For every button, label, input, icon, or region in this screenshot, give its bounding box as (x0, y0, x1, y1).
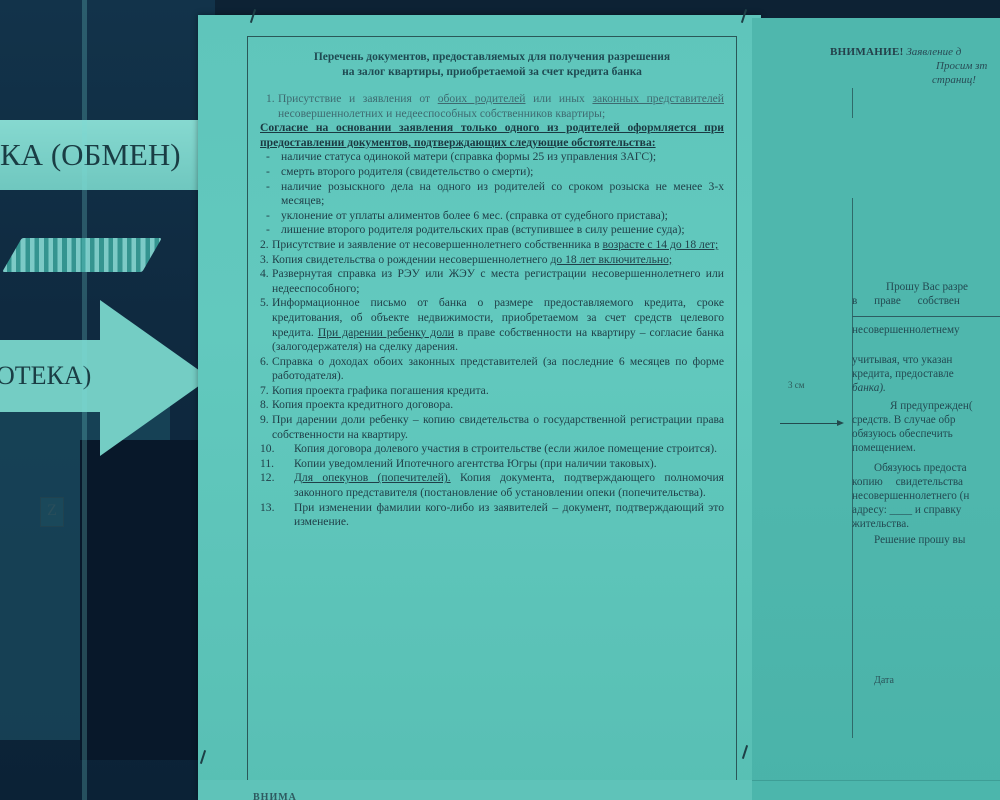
pin-icon (741, 9, 747, 23)
item-text: Копия свидетельства о рождении несоверше… (272, 253, 724, 268)
item-text: Для опекунов (попечителей). Копия докуме… (294, 471, 724, 500)
bullet-icon: - (266, 150, 281, 165)
bullet-item: -уклонение от уплаты алиментов более 6 м… (260, 209, 724, 224)
text-line: Прошу Вас разре (852, 280, 1000, 294)
text-line: учитывая, что указан (852, 353, 1000, 367)
list-item-3: 3. Копия свидетельства о рождении несове… (260, 253, 724, 268)
item-number: 9. (260, 413, 272, 442)
bullet-item: -наличие статуса одинокой матери (справк… (260, 150, 724, 165)
item-number: 2. (260, 238, 272, 253)
direction-arrow-sign: ОТЕКА) (0, 300, 215, 455)
bullet-text: лишение второго родителя родительских пр… (281, 223, 724, 238)
list-item-10: 10. Копия договора долевого участия в ст… (260, 442, 724, 457)
bullet-item: -лишение второго родителя родительских п… (260, 223, 724, 238)
underlined-phrase: возрасте с 14 до 18 лет; (602, 238, 718, 251)
underlined-phrase: обоих родителей (438, 92, 526, 105)
underlined-phrase: законных представителей (592, 92, 724, 105)
pin-icon (250, 9, 256, 23)
text-line: кредита, предоставле (852, 367, 1000, 381)
item-text: При дарении доли ребенку – копию свидете… (272, 413, 724, 442)
wall-sticker: Z (40, 497, 64, 527)
text-line: в праве собствен (852, 294, 1000, 308)
list-item-12: 12. Для опекунов (попечителей). Копия до… (260, 471, 724, 500)
arrow-sign-body: ОТЕКА) (0, 340, 115, 412)
bullet-icon: - (266, 209, 281, 224)
list-item-1: 1. Присутствие и заявления от обоих роди… (260, 92, 724, 121)
document-frame: Перечень документов, предоставляемых для… (247, 36, 737, 781)
dark-doorway (80, 440, 210, 760)
date-label: Дата (874, 675, 894, 686)
text-line: несовершеннолетнего (н (852, 489, 1000, 503)
text-line: средств. В случае обр (852, 413, 1000, 427)
text-line: копию свидетельства (852, 475, 1000, 489)
item-number: 13. (260, 501, 294, 530)
arrow-sign-text: ОТЕКА) (0, 361, 91, 390)
attention-note: Просим зт (936, 60, 987, 72)
pin-icon (200, 750, 206, 764)
margin-size-label: 3 см (788, 380, 804, 390)
text-line: Решение прошу вы (852, 533, 1000, 547)
fill-in-line (852, 316, 1000, 317)
bullet-icon: - (266, 223, 281, 238)
bullet-text: смерть второго родителя (свидетельство о… (281, 165, 724, 180)
underlined-phrase: Для опекунов (попечителей). (294, 471, 451, 484)
document-body: 1. Присутствие и заявления от обоих роди… (260, 92, 724, 530)
sheet-lower-edge (752, 780, 1000, 800)
bullet-icon: - (266, 180, 281, 209)
item-number: 12. (260, 471, 294, 500)
list-item-5: 5. Информационное письмо от банка о разм… (260, 296, 724, 354)
item-number: 3. (260, 253, 272, 268)
consent-heading: Согласие на основании заявления только о… (260, 121, 724, 150)
exchange-sign: КА (ОБМЕН) (0, 120, 210, 190)
lower-sheet-text: ВНИМА (253, 792, 297, 800)
item-text-part: Присутствие и заявления от (278, 92, 438, 105)
main-document-sheet: Перечень документов, предоставляемых для… (198, 15, 761, 800)
bullet-text: наличие розыскного дела на одного из род… (281, 180, 724, 209)
list-item-11: 11. Копии уведомлений Ипотечного агентст… (260, 457, 724, 472)
text-line: жительства. (852, 517, 1000, 531)
item-text-part: несовершеннолетних и недееспособных собс… (278, 107, 605, 120)
text-line: адресу: ____ и справку (852, 503, 1000, 517)
item-number: 11. (260, 457, 294, 472)
bullet-text: уклонение от уплаты алиментов более 6 ме… (281, 209, 724, 224)
list-item-13: 13. При изменении фамилии кого-либо из з… (260, 501, 724, 530)
item-text: Развернутая справка из РЭУ или ЖЭУ с мес… (272, 267, 724, 296)
item-text-part: Копия свидетельства о рождении несоверше… (272, 253, 550, 266)
item-number: 7. (260, 384, 272, 399)
text-line: банка). (852, 381, 1000, 395)
text-line: обязуюсь обеспечить (852, 427, 1000, 441)
list-item-7: 7. Копия проекта графика погашения креди… (260, 384, 724, 399)
right-arrow-icon (100, 300, 210, 456)
exchange-sign-text: КА (ОБМЕН) (0, 137, 181, 172)
attention-label: ВНИМАНИЕ! (830, 46, 904, 58)
item-text-part: или иных (526, 92, 593, 105)
title-line-2: на залог квартиры, приобретаемой за счет… (268, 65, 716, 80)
lower-sheet-edge: ВНИМА (198, 780, 761, 800)
document-title: Перечень документов, предоставляемых для… (268, 50, 716, 80)
attention-heading: ВНИМАНИЕ! Заявление д Просим зт страниц! (830, 45, 1000, 87)
item-number: 10. (260, 442, 294, 457)
list-item-8: 8. Копия проекта кредитного договора. (260, 398, 724, 413)
sticker-text: Z (47, 502, 57, 519)
item-text: Копии уведомлений Ипотечного агентства Ю… (294, 457, 724, 472)
glass-edge (82, 0, 87, 800)
item-number: 8. (260, 398, 272, 413)
underlined-phrase: до 18 лет включительно; (550, 253, 672, 266)
item-number: 4. (260, 267, 272, 296)
bullet-item: -смерть второго родителя (свидетельство … (260, 165, 724, 180)
text-line: помещением. (852, 441, 1000, 455)
item-text-part: Присутствие и заявление от несовершеннол… (272, 238, 602, 251)
text-line: несовершеннолетнему (852, 323, 1000, 337)
margin-arrow-icon (780, 423, 838, 424)
text-line: Я предупрежден( (852, 399, 1000, 413)
application-text: Прошу Вас разре в праве собствен несовер… (852, 280, 1000, 547)
underlined-phrase: При дарении ребенку доли (318, 326, 454, 339)
item-text: Копия договора долевого участия в строит… (294, 442, 724, 457)
bullet-icon: - (266, 165, 281, 180)
item-text: Присутствие и заявления от обоих родител… (278, 92, 724, 121)
item-number: 5. (260, 296, 272, 354)
list-item-9: 9. При дарении доли ребенку – копию свид… (260, 413, 724, 442)
bullet-text: наличие статуса одинокой матери (справка… (281, 150, 724, 165)
item-text: Копия проекта графика погашения кредита. (272, 384, 724, 399)
item-text: Присутствие и заявление от несовершеннол… (272, 238, 724, 253)
margin-line (852, 88, 853, 118)
item-text: Справка о доходах обоих законных предста… (272, 355, 724, 384)
item-number: 1. (266, 92, 278, 121)
pin-icon (742, 745, 748, 759)
item-text: При изменении фамилии кого-либо из заяви… (294, 501, 724, 530)
item-text: Копия проекта кредитного договора. (272, 398, 724, 413)
attention-note: Заявление д (906, 46, 961, 58)
application-form-sheet: ВНИМАНИЕ! Заявление д Просим зт страниц!… (752, 18, 1000, 800)
attention-note: страниц! (932, 74, 976, 86)
bullet-item: -наличие розыскного дела на одного из ро… (260, 180, 724, 209)
title-line-1: Перечень документов, предоставляемых для… (268, 50, 716, 65)
item-text: Информационное письмо от банка о размере… (272, 296, 724, 354)
list-item-4: 4. Развернутая справка из РЭУ или ЖЭУ с … (260, 267, 724, 296)
text-line: Обязуюсь предоста (852, 461, 1000, 475)
list-item-2: 2. Присутствие и заявление от несовершен… (260, 238, 724, 253)
list-item-6: 6. Справка о доходах обоих законных пред… (260, 355, 724, 384)
item-number: 6. (260, 355, 272, 384)
